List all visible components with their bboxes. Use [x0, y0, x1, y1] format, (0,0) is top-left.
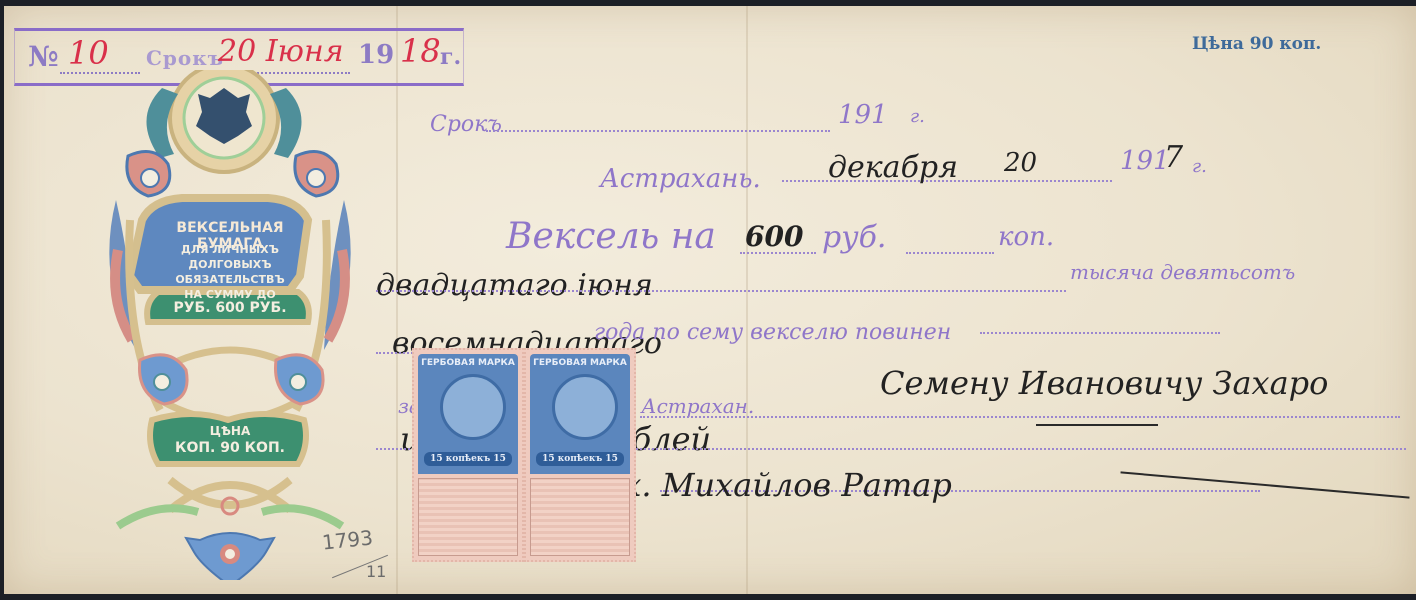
vignette-subtitle-line: ДЛЯ ЛИЧНЫХЪ: [142, 242, 318, 257]
ornament-graphic: [100, 70, 360, 580]
month-handwritten: декабря: [828, 150, 958, 185]
amount-rub: руб.: [822, 220, 886, 255]
fold-crease: [746, 6, 748, 594]
payee-handwritten: Семену Ивановичу Захаро: [880, 364, 1328, 402]
dotted-line: [376, 290, 1066, 292]
fill-line: [1036, 424, 1158, 426]
day-handwritten: 20: [1004, 148, 1037, 178]
amount-handwritten: 600: [745, 220, 803, 253]
dotted-line: [906, 252, 994, 254]
year-suffix: г.: [440, 44, 461, 70]
crown-icon: [552, 374, 618, 440]
date-suffix: г.: [1192, 156, 1207, 177]
dotted-line: [980, 332, 1220, 334]
price-top: Цѣна 90 коп.: [1192, 34, 1321, 54]
revenue-stamp: ГЕРБОВАЯ МАРКА 15 копѣекъ 15: [412, 348, 524, 562]
term-year-printed: 19: [358, 40, 394, 70]
dotted-line: [740, 252, 816, 254]
dotted-line: [486, 130, 830, 132]
vignette-price-value: КОП. 90 КОП.: [150, 440, 310, 456]
city-label: Астрахань.: [600, 164, 761, 194]
term-line-suffix: г.: [910, 106, 925, 127]
term-label: Срокъ: [146, 46, 224, 70]
vignette-price-label: ЦѢНА: [150, 424, 310, 438]
revenue-stamp-value: 15 копѣекъ 15: [424, 452, 512, 466]
number-value: 10: [68, 34, 109, 72]
dotted-line: [640, 416, 1400, 418]
vignette-subtitle-line: ДОЛГОВЫХЪ: [142, 257, 318, 272]
revenue-stamp-label: ГЕРБОВАЯ МАРКА: [418, 358, 518, 368]
amount-label: Вексель на: [506, 216, 716, 257]
crown-icon: [440, 374, 506, 440]
revenue-stamp-value: 15 копѣекъ 15: [536, 452, 624, 466]
date-year-handwritten: 7: [1164, 140, 1183, 175]
pencil-note-sub: 11: [366, 562, 386, 581]
vignette-ornament: ВЕКСЕЛЬНАЯ БУМАГА ДЛЯ ЛИЧНЫХЪ ДОЛГОВЫХЪ …: [100, 70, 360, 580]
line1-handwritten: двадцатаго іюня: [376, 268, 653, 303]
vignette-subtitle: ДЛЯ ЛИЧНЫХЪ ДОЛГОВЫХЪ ОБЯЗАТЕЛЬСТВЪ НА С…: [142, 242, 318, 302]
term-date: 20 Іюня: [218, 34, 344, 69]
line1-printed: тысяча девятьсотъ: [1070, 260, 1295, 284]
revenue-stamp-face: ГЕРБОВАЯ МАРКА 15 копѣекъ 15: [418, 354, 518, 474]
date-year-printed: 191: [1120, 146, 1170, 176]
line2-printed: года по сему векселю повинен: [594, 320, 951, 345]
term-line-label: Срокъ: [430, 112, 502, 137]
revenue-stamp-face: ГЕРБОВАЯ МАРКА 15 копѣекъ 15: [530, 354, 630, 474]
amount-kop: коп.: [998, 222, 1054, 252]
term-line-year: 191: [838, 100, 888, 130]
revenue-stamp-coupon: [530, 478, 630, 556]
revenue-stamp: ГЕРБОВАЯ МАРКА 15 копѣекъ 15: [524, 348, 636, 562]
term-year-handwritten: 18: [400, 32, 441, 70]
revenue-stamp-label: ГЕРБОВАЯ МАРКА: [530, 358, 630, 368]
vignette-subtitle-line: ОБЯЗАТЕЛЬСТВЪ: [142, 272, 318, 287]
number-label: №: [28, 40, 58, 73]
revenue-stamp-coupon: [418, 478, 518, 556]
vignette-amount: РУБ. 600 РУБ.: [150, 300, 310, 316]
